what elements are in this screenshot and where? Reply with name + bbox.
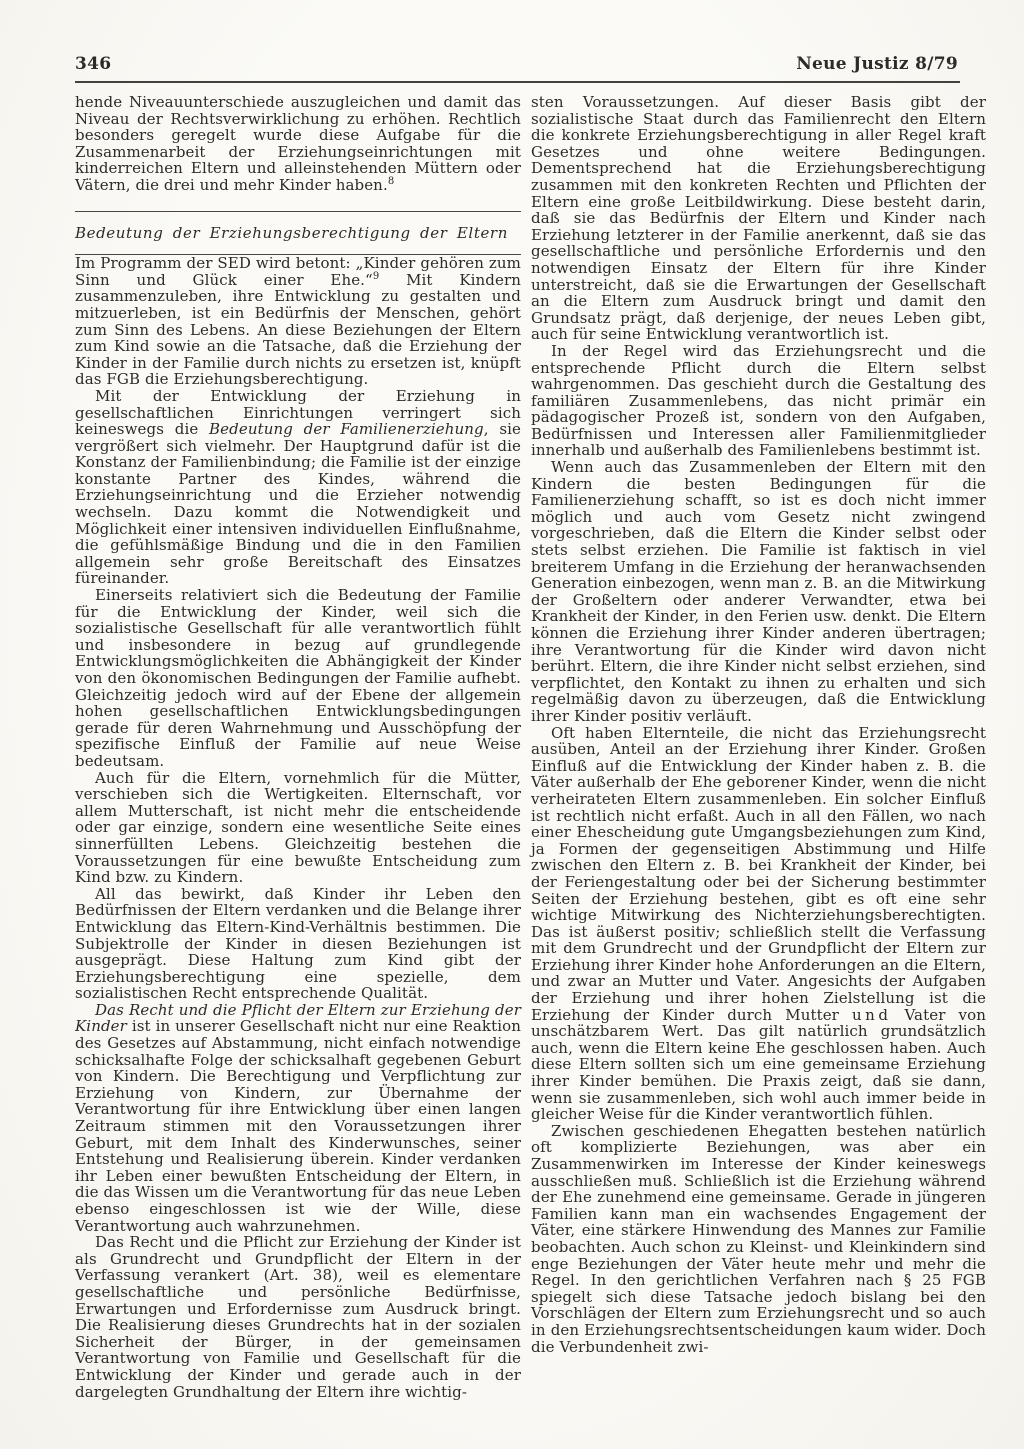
paragraph-text: , sie vergrößert sich vielmehr. Der Haup… bbox=[75, 420, 521, 587]
paragraph: All das bewirkt, daß Kinder ihr Leben de… bbox=[75, 886, 521, 1002]
paragraph-text: hende Niveauunterschiede auszugleichen u… bbox=[75, 93, 521, 194]
paragraph: Zwischen geschiedenen Ehegatten bestehen… bbox=[531, 1123, 986, 1355]
paragraph: Mit der Entwicklung der Erziehung in ges… bbox=[75, 388, 521, 587]
header-rule bbox=[75, 81, 960, 83]
paragraph: Im Programm der SED wird betont: „Kinder… bbox=[75, 255, 521, 388]
paragraph: Wenn auch das Zusammenleben der Eltern m… bbox=[531, 459, 986, 725]
emphasized-phrase: Bedeutung der Familienerziehung bbox=[209, 420, 484, 438]
scanned-journal-page: 346 Neue Justiz 8/79 hende Niveauuntersc… bbox=[0, 0, 1024, 1449]
footnote-marker-8: 8 bbox=[388, 176, 394, 187]
paragraph: Oft haben Elternteile, die nicht das Erz… bbox=[531, 725, 986, 1123]
paragraph-text: Oft haben Elternteile, die nicht das Erz… bbox=[531, 724, 986, 1024]
section-rule-top bbox=[75, 211, 521, 212]
page-number: 346 bbox=[75, 54, 111, 74]
paragraph-text: Vater von unschätzbarem Wert. Das gilt n… bbox=[531, 1006, 986, 1124]
paragraph-continuation: sten Voraussetzungen. Auf dieser Basis g… bbox=[531, 94, 986, 343]
paragraph: In der Regel wird das Erziehungsrecht un… bbox=[531, 343, 986, 459]
paragraph: Das Recht und die Pflicht zur Erziehung … bbox=[75, 1234, 521, 1400]
paragraph-text: Mit Kindern zusammenzuleben, ihre Entwic… bbox=[75, 271, 521, 389]
paragraph: Einerseits relativiert sich die Bedeutun… bbox=[75, 587, 521, 770]
right-column: sten Voraussetzungen. Auf dieser Basis g… bbox=[531, 94, 986, 1355]
paragraph-continuation: hende Niveauunterschiede auszugleichen u… bbox=[75, 94, 521, 194]
paragraph: Auch für die Eltern, vornehmlich für die… bbox=[75, 770, 521, 886]
paragraph: Das Recht und die Pflicht der Eltern zur… bbox=[75, 1002, 521, 1234]
letterspaced-emphasis: und bbox=[852, 1006, 891, 1024]
journal-title: Neue Justiz 8/79 bbox=[796, 54, 958, 74]
paragraph-text: ist in unserer Gesellschaft nicht nur ei… bbox=[75, 1017, 521, 1234]
left-column: hende Niveauunterschiede auszugleichen u… bbox=[75, 94, 521, 1400]
section-heading: Bedeutung der Erziehungsberechtigung der… bbox=[75, 225, 521, 242]
